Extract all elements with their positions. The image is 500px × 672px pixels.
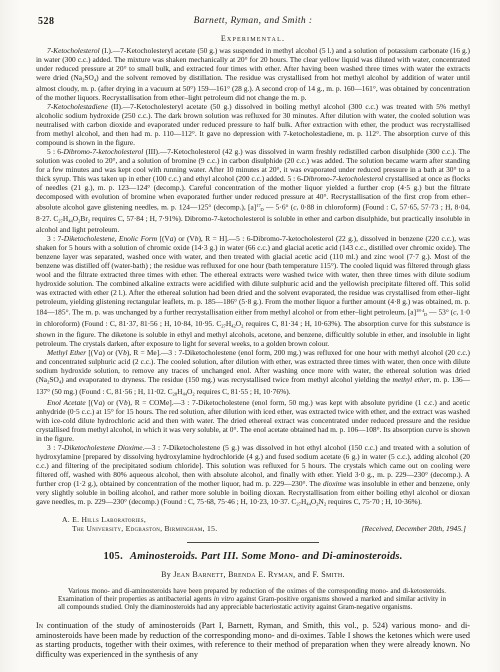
styled-text: Brenda E. Ryman xyxy=(228,570,293,579)
styled-text: 44 xyxy=(182,391,187,396)
styled-text: 27 xyxy=(221,323,226,328)
styled-text: 2 xyxy=(192,391,194,396)
article-heading: 105.Aminosteroids. Part III. Some Mono- … xyxy=(44,551,462,563)
styled-text: F. Smith xyxy=(313,570,343,579)
paragraph: 3 : 7-Diketocholestene, Enolic Form [(Va… xyxy=(36,234,470,348)
journal-page: 528 Barnett, Ryman, and Smith : Experime… xyxy=(0,0,500,672)
styled-text: methyl ether xyxy=(393,375,430,384)
laboratory-address: A. E. Hills Laboratories, The University… xyxy=(36,515,217,533)
laboratory-location: The University, Edgbaston, Birmingham, 1… xyxy=(62,524,217,533)
styled-text: 2 xyxy=(324,502,326,507)
styled-text: 7-Ketocholestadiene xyxy=(47,102,108,111)
styled-text: 44 xyxy=(68,218,73,223)
styled-text: 44 xyxy=(306,502,311,507)
paragraph: 3 : 7-Diketocholestene Dioxime.—3 : 7-Di… xyxy=(36,443,470,508)
article-number: 105. xyxy=(103,551,123,562)
styled-text: Dibromo-7-ketocholesterol xyxy=(303,174,383,183)
styled-text: 28 xyxy=(173,391,178,396)
styled-text: a xyxy=(99,398,103,407)
experimental-section: 7-Ketocholesterol (I.).—7-Ketocholestery… xyxy=(36,46,470,509)
signature-block: A. E. Hills Laboratories, The University… xyxy=(36,515,470,533)
styled-text: 27 xyxy=(58,218,63,223)
styled-text: Diketocholestene, Enolic Form xyxy=(64,234,157,243)
styled-text: 2 xyxy=(316,502,318,507)
styled-text: b xyxy=(124,398,128,407)
article-title-text: Aminosteroids. Part III. Some Mono- and … xyxy=(130,551,403,562)
styled-text: c xyxy=(453,308,456,317)
styled-text: a xyxy=(99,348,103,357)
paragraph: 7-Ketocholesterol (I.).—7-Ketocholestery… xyxy=(36,46,470,102)
byline: By Jean Barnett, Brenda E. Ryman, and F.… xyxy=(36,570,470,579)
styled-text: 42 xyxy=(231,323,236,328)
paragraph: In continuation of the study of aminoste… xyxy=(36,621,470,660)
styled-text: D xyxy=(424,312,427,317)
page-header: 528 Barnett, Ryman, and Smith : xyxy=(36,16,470,30)
styled-text: 4 xyxy=(94,77,96,82)
styled-text: 27 xyxy=(296,502,301,507)
styled-text: Enol Acetate xyxy=(47,398,86,407)
running-title: Barnett, Ryman, and Smith : xyxy=(36,16,470,26)
styled-text: 2 xyxy=(78,218,80,223)
styled-text: 7-Ketocholesterol xyxy=(47,46,100,55)
paragraph: 7-Ketocholestadiene (II).—7-Ketocholeste… xyxy=(36,102,470,147)
styled-text: c xyxy=(293,203,296,212)
paragraph: Methyl Ether [(Va) or (Vb), R = Me].—3 :… xyxy=(36,348,470,398)
styled-text: 2 xyxy=(82,77,84,82)
styled-text: 2 xyxy=(88,218,90,223)
styled-text: Jean Barnett xyxy=(173,570,223,579)
article-divider xyxy=(187,542,319,543)
received-date: [Received, December 20th, 1945.] xyxy=(361,524,470,533)
abstract: Various mono- and di-aminosteroids have … xyxy=(58,587,446,612)
laboratory-name: A. E. Hills Laboratories, xyxy=(62,515,217,524)
paragraph: 5 : 6-Dibromo-7-ketocholesterol (III).—7… xyxy=(36,147,470,234)
styled-text: Dibromo-7-ketocholesterol xyxy=(63,147,143,156)
experimental-heading: Experimental. xyxy=(36,34,470,43)
styled-text: b xyxy=(195,234,199,243)
styled-text: a xyxy=(170,234,174,243)
styled-text: Methyl Ether xyxy=(47,348,86,357)
styled-text: 4 xyxy=(59,380,61,385)
styled-text: in vitro xyxy=(214,595,235,603)
styled-text: 2 xyxy=(241,323,243,328)
styled-text: Diketocholestene Dioxime xyxy=(64,443,143,452)
styled-text: substance xyxy=(434,319,463,328)
styled-text: b xyxy=(123,348,127,357)
styled-text: 2 xyxy=(47,380,49,385)
page-number: 528 xyxy=(38,16,55,27)
intro-section: In continuation of the study of aminoste… xyxy=(36,621,470,660)
paragraph: Enol Acetate [(Va) or (Vb), R = COMe].—3… xyxy=(36,398,470,443)
styled-text: In xyxy=(36,621,43,630)
styled-text: dioxime xyxy=(323,479,346,488)
styled-text: D xyxy=(260,207,263,212)
